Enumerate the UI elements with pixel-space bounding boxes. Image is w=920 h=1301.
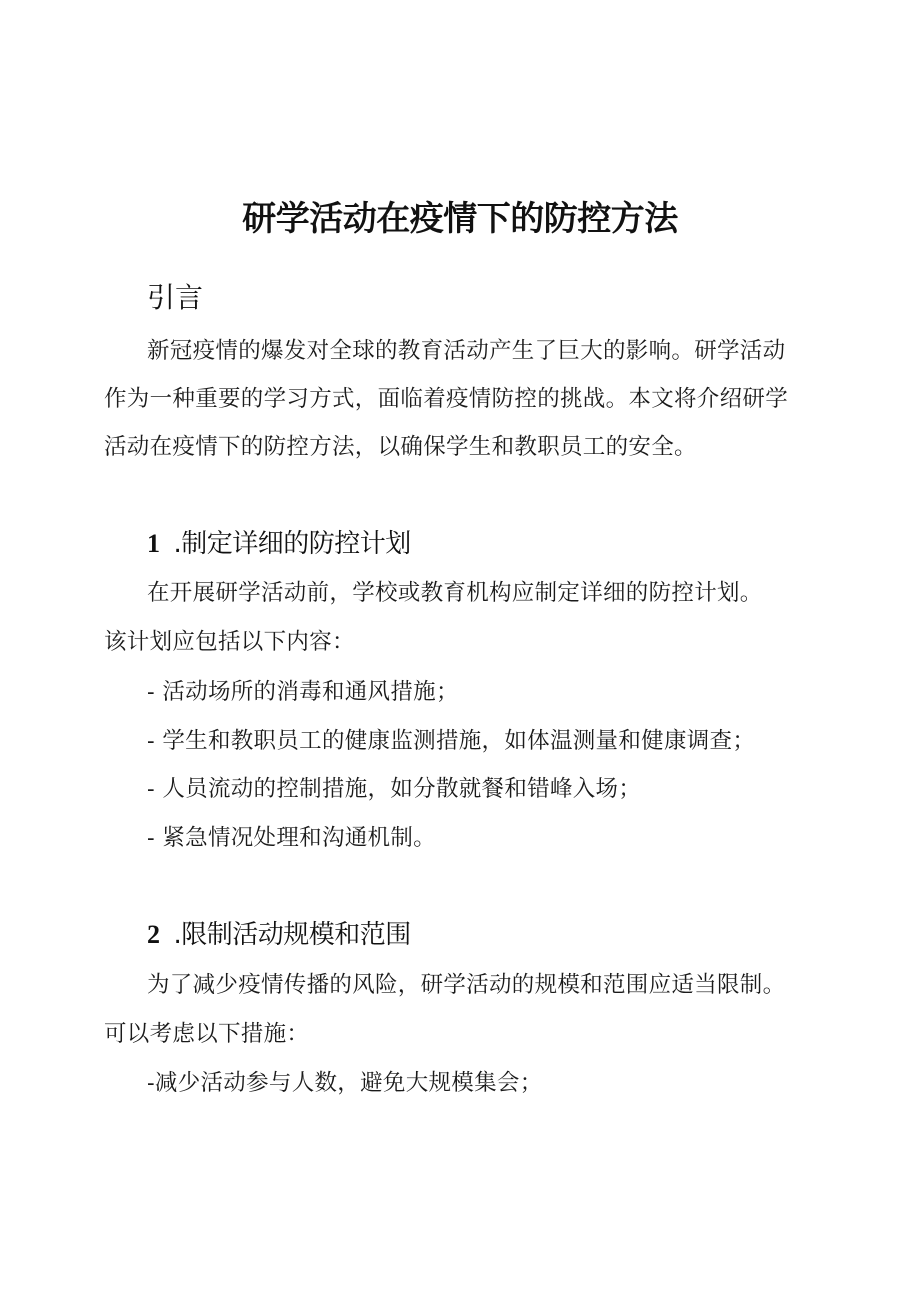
section-heading-intro: 引言	[147, 278, 203, 318]
list-item: - 人员流动的控制措施，如分散就餐和错峰入场；	[147, 774, 641, 804]
intro-line-2: 作为一种重要的学习方式，面临着疫情防控的挑战。本文将介绍研学	[104, 384, 788, 414]
list-item: - 紧急情况处理和沟通机制。	[147, 823, 436, 853]
section-number: 1	[147, 529, 160, 558]
section-number: 2	[147, 920, 160, 949]
intro-line-3: 活动在疫情下的防控方法，以确保学生和教职员工的安全。	[104, 432, 697, 462]
section-2-line-2: 可以考虑以下措施：	[104, 1019, 309, 1049]
section-2-line-1: 为了减少疫情传播的风险，研学活动的规模和范围应适当限制。	[147, 970, 785, 1000]
intro-line-1: 新冠疫情的爆发对全球的教育活动产生了巨大的影响。研学活动	[147, 336, 785, 366]
list-item: -减少活动参与人数，避免大规模集会；	[147, 1068, 543, 1098]
section-1-line-2: 该计划应包括以下内容：	[104, 627, 355, 657]
section-heading-1: 1.制定详细的防控计划	[147, 525, 411, 563]
section-heading-2: 2.限制活动规模和范围	[147, 916, 411, 954]
document-title: 研学活动在疫情下的防控方法	[0, 195, 920, 243]
list-item: - 学生和教职员工的健康监测措施，如体温测量和健康调查；	[147, 726, 755, 756]
section-heading-text: .限制活动规模和范围	[174, 920, 411, 950]
section-heading-text: .制定详细的防控计划	[174, 529, 411, 559]
section-1-line-1: 在开展研学活动前，学校或教育机构应制定详细的防控计划。	[147, 578, 763, 608]
list-item: - 活动场所的消毒和通风措施；	[147, 677, 459, 707]
